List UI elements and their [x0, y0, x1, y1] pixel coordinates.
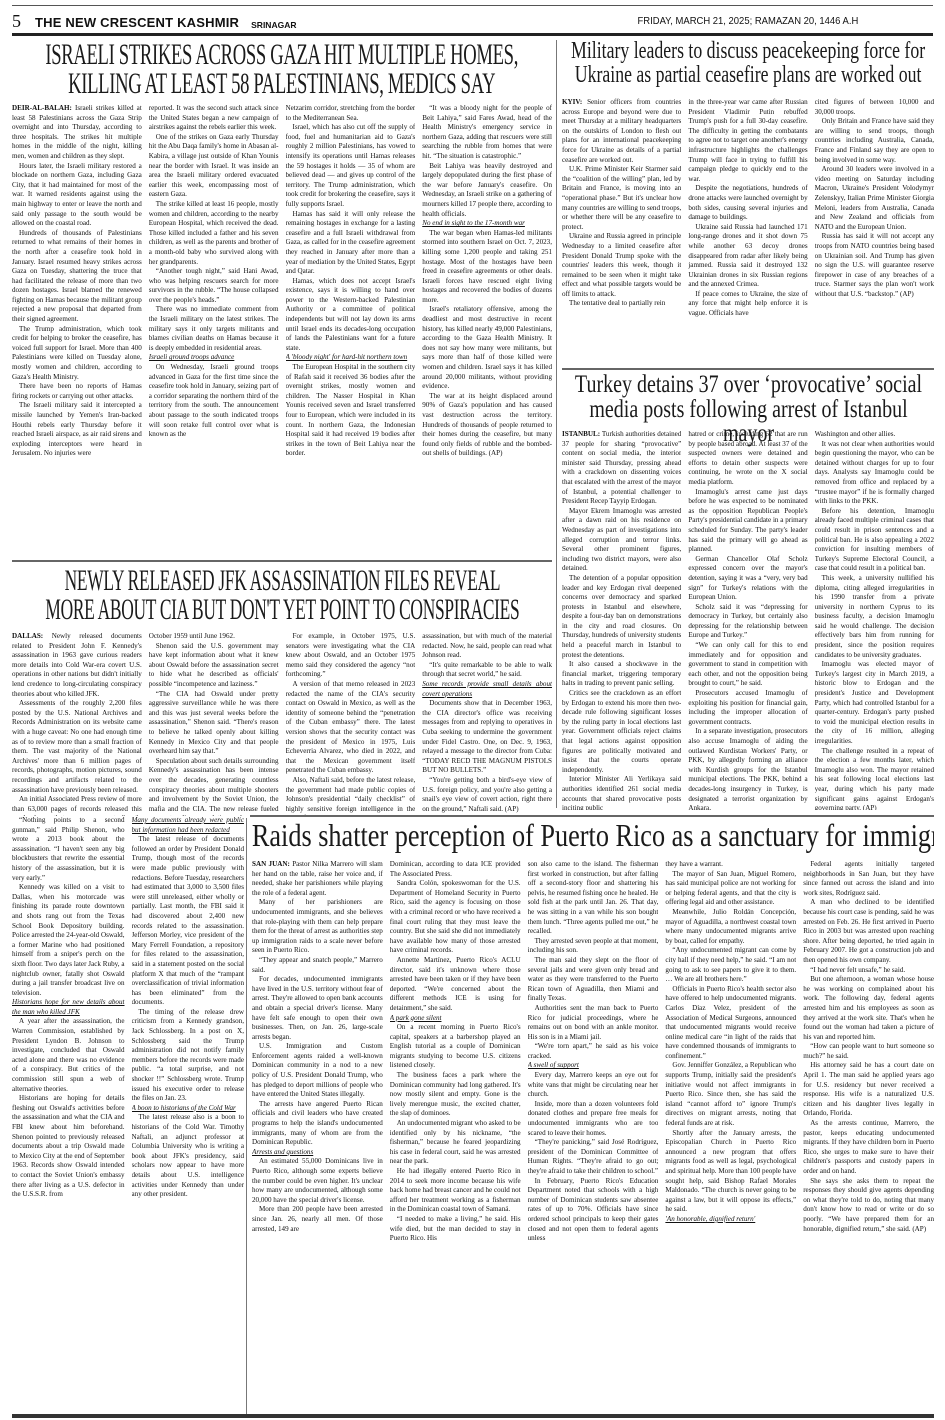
story-puerto-rico: Raids shatter perception of Puerto Rico … — [252, 820, 934, 1415]
subhead: A boon to historians of the Cold War — [132, 1104, 245, 1114]
column-1: ISTANBUL: Turkish authorities detained 3… — [562, 430, 681, 810]
paragraph: “I had never felt unsafe,” he said. — [803, 966, 934, 976]
top-rule — [12, 5, 933, 6]
column-divider — [556, 40, 557, 808]
paragraph: The Israeli military said it intercepted… — [12, 401, 142, 459]
paragraph: Imamoglu was elected mayor of Turkey's l… — [815, 660, 934, 746]
column-2: in the three-year war came after Russian… — [688, 98, 807, 340]
paragraph: Russia has said it will not accept any t… — [815, 232, 934, 299]
column-5: Federal agents initially targeted neighb… — [803, 860, 934, 1410]
paragraph: For decades, undocumented immigrants hav… — [252, 975, 383, 1042]
paragraph: She says she asks them to repeat the res… — [803, 1177, 934, 1235]
column-1-bottom: “Nothing points to a second gunman,” sai… — [12, 816, 125, 1416]
paragraph: Annette Martínez, Puerto Rico's ACLU dir… — [390, 956, 521, 1014]
paragraph: On Wednesday, Israeli ground troops adva… — [149, 363, 279, 440]
paragraph: They arrested seven people at that momen… — [528, 937, 659, 956]
paragraph: An undocumented migrant who asked to be … — [390, 1119, 521, 1167]
story-ukraine: Military leaders to discuss peacekeeping… — [562, 40, 934, 340]
paragraph: Officials in Puerto Rico's health sector… — [665, 985, 796, 1062]
subhead: 'An honorable, dignified return' — [665, 1215, 796, 1225]
subhead: A swell of support — [528, 1061, 659, 1071]
paragraph: Federal agents initially targeted neighb… — [803, 860, 934, 898]
paragraph: Many of her parishioners are undocumente… — [252, 898, 383, 956]
paragraph: “We're torn apart,” he said as his voice… — [528, 1042, 659, 1061]
column-3: son also came to the island. The fisherm… — [528, 860, 659, 1410]
paragraph: Mayor Ekrem Imamoglu was arrested after … — [562, 507, 681, 574]
paragraph: Inside, more than a dozen volunteers fol… — [528, 1100, 659, 1138]
paragraph: In February, Puerto Rico's Education Dep… — [528, 1177, 659, 1244]
paragraph: assassination, but with much of the mate… — [422, 632, 552, 661]
column-2-top: October 1959 until June 1962. Shenon sai… — [149, 632, 279, 816]
headline: ISRAELI STRIKES ACROSS GAZA HIT MULTIPLE… — [12, 40, 551, 100]
column-1-top: DALLAS: Newly released documents related… — [12, 632, 142, 816]
paragraph: The latest release also is a boon to his… — [132, 1113, 245, 1199]
paragraph: He had illegally entered Puerto Rico in … — [390, 1167, 521, 1215]
paragraph: cited figures of between 10,000 and 30,0… — [815, 98, 934, 117]
paragraph: An initial Associated Press review of mo… — [12, 795, 142, 816]
paragraph: Imamoglu's arrest came just days before … — [688, 488, 807, 555]
paragraph: U.K. Prime Minister Keir Starmer said th… — [562, 165, 681, 232]
paragraph: Only Britain and France have said they a… — [815, 117, 934, 165]
paragraph: Netzarim corridor, stretching from the b… — [286, 104, 416, 123]
paragraph: Gov. Jenniffer González, a Republican wh… — [665, 1061, 796, 1128]
paragraph: “It was a bloody night for the people of… — [422, 104, 552, 162]
column-divider — [246, 818, 247, 1414]
paragraph: “They appear and snatch people,” Marrero… — [252, 956, 383, 975]
paragraph: One of the strikes on Gaza early Thursda… — [149, 133, 279, 200]
paragraph: Interior Minister Ali Yerlikaya said aut… — [562, 775, 681, 810]
story-jfk-lower: “Nothing points to a second gunman,” sai… — [12, 816, 244, 1416]
subhead: Historians hope for new details about th… — [12, 998, 125, 1017]
paragraph: Kennedy was killed on a visit to Dallas,… — [12, 883, 125, 998]
subhead: No end in sight to the 17-month war — [422, 219, 552, 229]
paragraph: Historians are hoping for details fleshi… — [12, 1094, 125, 1200]
paragraph: On a recent morning in Puerto Rico's cap… — [390, 1023, 521, 1071]
headline-line-2: MORE ABOUT CIA BUT DON'T YET POINT TO CO… — [13, 595, 552, 624]
paragraph: Senior officers from countries across Eu… — [562, 98, 681, 164]
dateline: KYIV: — [562, 98, 582, 106]
masthead-rule — [12, 33, 933, 36]
paragraph: If peace comes to Ukraine, the size of a… — [688, 290, 807, 319]
paragraph: Hundreds of thousands of Palestinians re… — [12, 229, 142, 325]
dateline: SAN JUAN: — [252, 860, 290, 868]
paragraph: The detention of a popular opposition le… — [562, 574, 681, 660]
paragraph: “They're panicking,” said José Rodríguez… — [528, 1138, 659, 1176]
column-4: they have a warrant. The mayor of San Ju… — [665, 860, 796, 1410]
paragraph: Documents show that in December 1963, th… — [422, 699, 552, 776]
paragraph: son also came to the island. The fisherm… — [528, 860, 659, 937]
paragraph: The strike killed at least 16 people, mo… — [149, 200, 279, 267]
paragraph: “We can only call for this to end immedi… — [688, 641, 807, 689]
paragraph: Speculation about such details surroundi… — [149, 757, 279, 816]
paragraph: Also, Naftali said, before the latest re… — [286, 776, 416, 816]
story-jfk-body: DALLAS: Newly released documents related… — [12, 632, 552, 816]
paragraph: Shenon said the U.S. government may have… — [149, 642, 279, 690]
column-2: reported. It was the second such attack … — [149, 104, 279, 540]
paragraph: “Any undocumented migrant can come by ci… — [665, 946, 796, 984]
column-2: hatred or crime, including 62 that are r… — [688, 430, 807, 810]
paragraph: “I needed to make a living,” he said. Hi… — [390, 1215, 521, 1244]
story-turkey: Turkey detains 37 over ‘provocative’ soc… — [562, 373, 934, 811]
paragraph: Despite the negotiations, hundreds of dr… — [688, 184, 807, 222]
column-4: assassination, but with much of the mate… — [422, 632, 552, 816]
issue-date: FRIDAY, MARCH 21, 2025; RAMAZAN 20, 1446… — [637, 15, 858, 27]
column-4: “It was a bloody night for the people of… — [422, 104, 552, 540]
headline-line-1: ISRAELI STRIKES ACROSS GAZA HIT MULTIPLE… — [12, 40, 551, 69]
headline-line-1: NEWLY RELEASED JFK ASSASSINATION FILES R… — [13, 566, 552, 595]
paragraph: Newly released documents related to Pres… — [12, 632, 142, 698]
paragraph: Sandra Colón, spokeswoman for the U.S. D… — [390, 879, 521, 956]
paragraph: This week, a university nullified his di… — [815, 574, 934, 660]
paper-name: THE NEW CRESCENT KASHMIR — [35, 15, 239, 30]
column-1: KYIV: Senior officers from countries acr… — [562, 98, 681, 340]
column-3: For example, in October 1975, U.S. senat… — [286, 632, 416, 816]
paragraph: Ukraine said Russia had launched 171 lon… — [688, 223, 807, 290]
paragraph: The challenge resulted in a repeat of th… — [815, 747, 934, 810]
paragraph: The war at its height displaced around 9… — [422, 392, 552, 459]
paragraph: in the three-year war came after Russian… — [688, 98, 807, 184]
paragraph: Ukraine and Russia agreed in principle W… — [562, 232, 681, 299]
paragraph: “Another tough night,” said Hani Awad, w… — [149, 267, 279, 305]
paragraph: The latest release of documents followed… — [132, 835, 245, 1008]
paragraph: It was not clear when authorities would … — [815, 440, 934, 507]
paragraph: A version of that memo released in 2023 … — [286, 680, 416, 776]
headline: Raids shatter perception of Puerto Rico … — [252, 820, 934, 856]
headline-line-2: Ukraine as partial ceasefire plans are w… — [562, 64, 934, 88]
subhead: Israeli ground troops advance — [149, 353, 279, 363]
column-3: Washington and other allies. It was not … — [815, 430, 934, 810]
paragraph: The arrests have angered Puerto Rican of… — [252, 1100, 383, 1148]
paragraph: Shortly after the January arrests, the E… — [665, 1129, 796, 1215]
paragraph: Before his detention, Imamoglu already f… — [815, 507, 934, 574]
bottom-rule — [12, 1414, 934, 1418]
paragraph: A man who declined to be identified beca… — [803, 898, 934, 965]
paragraph: “How can people want to hurt someone so … — [803, 1042, 934, 1061]
paragraph: Around 30 leaders were involved in a vid… — [815, 165, 934, 232]
paragraph: Israel, which has also cut off the suppl… — [286, 123, 416, 209]
headline: Turkey detains 37 over ‘provocative’ soc… — [562, 373, 934, 427]
column-2-bottom: Many documents already were public but i… — [132, 816, 245, 1416]
subhead: Many documents already were public but i… — [132, 816, 245, 835]
paragraph: “You're getting both a bird's-eye view o… — [422, 776, 552, 814]
paragraph: The mayor of San Juan, Miguel Romero, ha… — [665, 870, 796, 908]
paragraph: “Nothing points to a second gunman,” sai… — [12, 816, 125, 883]
paragraph: The Trump administration, which took cre… — [12, 325, 142, 383]
headline: Military leaders to discuss peacekeeping… — [562, 40, 934, 92]
masthead: 5 THE NEW CRESCENT KASHMIR SRINAGAR FRID… — [12, 8, 933, 30]
paragraph: Assessments of the roughly 2,200 files p… — [12, 699, 142, 795]
paragraph: But one afternoon, a woman whose house h… — [803, 975, 934, 1042]
headline-line-1: Raids shatter perception of Puerto Rico … — [252, 820, 934, 851]
paragraph: “The CIA had Oswald under pretty aggress… — [149, 690, 279, 757]
paragraph: The timing of the release drew criticism… — [132, 1008, 245, 1104]
paragraph: There have been no reports of Hamas firi… — [12, 382, 142, 401]
page-number: 5 — [12, 12, 21, 30]
paragraph: The business faces a park where the Domi… — [390, 1071, 521, 1119]
paragraph: Dominican, according to data ICE provide… — [390, 860, 521, 879]
edition-city: SRINAGAR — [251, 20, 296, 30]
paragraph: An estimated 55,000 Dominicans live in P… — [252, 1157, 383, 1205]
headline: NEWLY RELEASED JFK ASSASSINATION FILES R… — [13, 566, 552, 628]
paragraph: It also caused a shockwave in the financ… — [562, 660, 681, 689]
paragraph: There was no immediate comment from the … — [149, 305, 279, 353]
subhead: Arrests and questions — [252, 1148, 383, 1158]
section-divider — [12, 560, 552, 562]
headline-line-2: media posts following arrest of Istanbul… — [562, 398, 934, 447]
paragraph: Authorities sent the man back to Puerto … — [528, 1004, 659, 1042]
paragraph: “It's quite remarkable to be able to wal… — [422, 661, 552, 680]
paragraph: The European Hospital in the southern ci… — [286, 363, 416, 459]
paragraph: reported. It was the second such attack … — [149, 104, 279, 133]
headline-line-1: Turkey detains 37 over ‘provocative’ soc… — [562, 373, 934, 398]
headline-line-1: Military leaders to discuss peacekeeping… — [562, 40, 934, 64]
paragraph: A year after the assassination, the Warr… — [12, 1017, 125, 1094]
column-1: SAN JUAN: Pastor Nilka Marrero will slam… — [252, 860, 383, 1410]
paragraph: Scholz said it was “depressing for democ… — [688, 603, 807, 641]
paragraph: In a separate investigation, prosecutors… — [688, 727, 807, 810]
paragraph: As the arrests continue, Marrero, the pa… — [803, 1119, 934, 1177]
paragraph: October 1959 until June 1962. — [149, 632, 279, 642]
paragraph: Israeli strikes killed at least 58 Pales… — [12, 104, 142, 160]
subhead: A 'bloody night' for hard-hit northern t… — [286, 353, 416, 363]
paragraph: German Chancellor Olaf Scholz expressed … — [688, 555, 807, 603]
paragraph: Beit Lahiya was heavily destroyed and la… — [422, 162, 552, 220]
paragraph: His attorney said he has a court date on… — [803, 1061, 934, 1119]
paragraph: Prosecutors accused Imamoglu of exploiti… — [688, 689, 807, 727]
headline-line-2: KILLING AT LEAST 58 PALESTINIANS, MEDICS… — [12, 69, 551, 98]
subhead: Some records provide small details about… — [422, 680, 552, 699]
paragraph: Israel's retaliatory offensive, among th… — [422, 305, 552, 391]
dateline: DEIR-AL-BALAH: — [12, 104, 72, 112]
paragraph: The man said they slept on the floor of … — [528, 956, 659, 1004]
section-divider — [250, 815, 934, 817]
column-2: Dominican, according to data ICE provide… — [390, 860, 521, 1410]
paragraph: Meanwhile, Julio Roldán Concepción, mayo… — [665, 908, 796, 946]
column-3: cited figures of between 10,000 and 30,0… — [815, 98, 934, 340]
paragraph: The tentative deal to partially rein — [562, 299, 681, 309]
paragraph: Critics see the crackdown as an effort b… — [562, 689, 681, 775]
dateline: DALLAS: — [12, 632, 43, 640]
subhead: A park gone silent — [390, 1014, 521, 1024]
column-3: Netzarim corridor, stretching from the b… — [286, 104, 416, 540]
paragraph: Hours later, the Israeli military restor… — [12, 162, 142, 229]
paragraph: For example, in October 1975, U.S. senat… — [286, 632, 416, 680]
section-divider — [562, 368, 934, 370]
paragraph: they have a warrant. — [665, 860, 796, 870]
paragraph: The war began when Hamas-led militants s… — [422, 229, 552, 306]
paragraph: More than 200 people have been arrested … — [252, 1205, 383, 1234]
paragraph: U.S. Immigration and Custom Enforcement … — [252, 1042, 383, 1100]
paragraph: Hamas, which does not accept Israel's ex… — [286, 277, 416, 354]
paragraph: Every day, Marrero keeps an eye out for … — [528, 1071, 659, 1100]
story-gaza: ISRAELI STRIKES ACROSS GAZA HIT MULTIPLE… — [12, 40, 552, 540]
column-1: DEIR-AL-BALAH: Israeli strikes killed at… — [12, 104, 142, 540]
paragraph: Hamas has said it will only release the … — [286, 210, 416, 277]
